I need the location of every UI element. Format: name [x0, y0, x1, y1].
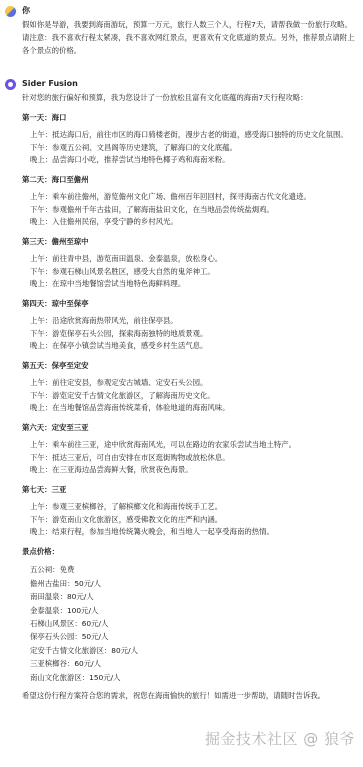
day-title: 第七天：三亚 [22, 484, 355, 497]
day-item: 上午：乘车前往儋州，游览儋州文化广场、儋州百年回回村，探寻海南古代文化遗迹。 [30, 191, 355, 204]
day-section: 第一天：海口 上午：抵达海口后，前往市区的海口骑楼老街，漫步古老的街道，感受海口… [22, 112, 355, 167]
user-avatar-icon [5, 6, 16, 17]
closing-text: 希望这份行程方案符合您的需求，祝您在海南愉快的旅行！如需进一步帮助，请随时告诉我… [22, 690, 355, 703]
bot-message-header: Sider Fusion [5, 76, 355, 92]
day-title: 第四天：琼中至保亭 [22, 298, 355, 311]
day-item: 上午：乘车前往三亚，途中欣赏海南风光，可以在路边的农家乐尝试当地土特产。 [30, 439, 355, 452]
sider-fusion-logo-icon [5, 79, 16, 90]
bot-message: Sider Fusion 针对您的旅行偏好和预算，我为您设计了一份放松且富有文化… [0, 76, 363, 702]
day-item: 上午：参观三亚槟榔谷，了解槟榔文化和海南传统手工艺。 [30, 501, 355, 514]
day-title: 第二天：海口至儋州 [22, 174, 355, 187]
day-item: 晚上：在琼中当地餐馆尝试当地特色海鲜料理。 [30, 278, 355, 291]
bot-intro: 针对您的旅行偏好和预算，我为您设计了一份放松且富有文化底蕴的海南7天行程攻略： [22, 92, 355, 105]
day-item: 上午：前往定安县，参观定安古城墙、定安石头公园。 [30, 377, 355, 390]
day-item: 晚上：品尝海口小吃，推荐尝试当地特色椰子鸡和海南米粉。 [30, 154, 355, 167]
price-item: 金泰温泉：100元/人 [30, 604, 355, 617]
day-title: 第五天：保亭至定安 [22, 360, 355, 373]
day-title: 第三天：儋州至琼中 [22, 236, 355, 249]
day-title: 第一天：海口 [22, 112, 355, 125]
day-item: 上午：前往青中县，游览南田温泉、金泰温泉，放松身心。 [30, 253, 355, 266]
day-section: 第二天：海口至儋州 上午：乘车前往儋州，游览儋州文化广场、儋州百年回回村，探寻海… [22, 174, 355, 229]
price-item: 石梯山风景区：60元/人 [30, 617, 355, 630]
day-item: 晚上：在三亚海边品尝海鲜大餐，欣赏夜色海景。 [30, 464, 355, 477]
day-item: 下午：游览保亭石头公园，探索海南独特的地质景观。 [30, 328, 355, 341]
price-item: 保亭石头公园：50元/人 [30, 630, 355, 643]
day-item: 晚上：结束行程，参加当地传统篝火晚会，和当地人一起享受海南的热情。 [30, 526, 355, 539]
day-item: 晚上：在保亭小镇尝试当地美食，感受乡村生活气息。 [30, 340, 355, 353]
prices-section: 景点价格： 五公祠：免费 儋州古盐田：50元/人 南田温泉：80元/人 金泰温泉… [22, 546, 355, 684]
day-section: 第四天：琼中至保亭 上午：沿途欣赏海南热带风光，前往保亭县。 下午：游览保亭石头… [22, 298, 355, 353]
bot-name: Sider Fusion [22, 78, 78, 91]
price-item: 三亚槟榔谷：60元/人 [30, 657, 355, 670]
watermark: 掘金技术社区 @ 狼爷 [205, 733, 355, 746]
day-item: 晚上：入住儋州民宿，享受宁静的乡村风光。 [30, 216, 355, 229]
day-item: 下午：抵达三亚后，可自由安排在市区逛街购物或放松休息。 [30, 452, 355, 465]
price-item: 南山文化旅游区：150元/人 [30, 671, 355, 684]
day-item: 下午：参观五公祠、文昌阁等历史建筑，了解海口的文化底蕴。 [30, 142, 355, 155]
day-item: 下午：游览定安千古情文化旅游区，了解海南历史文化。 [30, 390, 355, 403]
day-item: 晚上：在当地餐馆品尝海南传统菜肴，体验地道的海南风味。 [30, 402, 355, 415]
day-section: 第七天：三亚 上午：参观三亚槟榔谷，了解槟榔文化和海南传统手工艺。 下午：游览南… [22, 484, 355, 539]
day-title: 第六天：定安至三亚 [22, 422, 355, 435]
day-item: 上午：抵达海口后，前往市区的海口骑楼老街，漫步古老的街道，感受海口独特的历史文化… [30, 129, 355, 142]
price-item: 定安千古情文化旅游区：80元/人 [30, 644, 355, 657]
prices-title: 景点价格： [22, 546, 355, 559]
user-message-text: 假如你是导游，我要到海南游玩，预算一万元，旅行人数三个人，行程7天，请帮我做一份… [22, 19, 355, 57]
day-section: 第五天：保亭至定安 上午：前往定安县，参观定安古城墙、定安石头公园。 下午：游览… [22, 360, 355, 415]
day-item: 下午：游览南山文化旅游区，感受佛教文化的庄严和内涵。 [30, 514, 355, 527]
day-item: 下午：参观儋州千年古盐田，了解海南盐田文化，在当地品尝传统盐焗鸡。 [30, 204, 355, 217]
user-message: 你 假如你是导游，我要到海南游玩，预算一万元，旅行人数三个人，行程7天，请帮我做… [0, 3, 363, 57]
user-message-header: 你 [5, 3, 355, 19]
user-name: 你 [22, 5, 30, 18]
day-section: 第三天：儋州至琼中 上午：前往青中县，游览南田温泉、金泰温泉，放松身心。 下午：… [22, 236, 355, 291]
price-item: 儋州古盐田：50元/人 [30, 577, 355, 590]
day-item: 上午：沿途欣赏海南热带风光，前往保亭县。 [30, 315, 355, 328]
price-item: 南田温泉：80元/人 [30, 590, 355, 603]
day-item: 下午：参观石梯山风景名胜区，感受大自然的鬼斧神工。 [30, 266, 355, 279]
price-item: 五公祠：免费 [30, 563, 355, 576]
day-section: 第六天：定安至三亚 上午：乘车前往三亚，途中欣赏海南风光，可以在路边的农家乐尝试… [22, 422, 355, 477]
